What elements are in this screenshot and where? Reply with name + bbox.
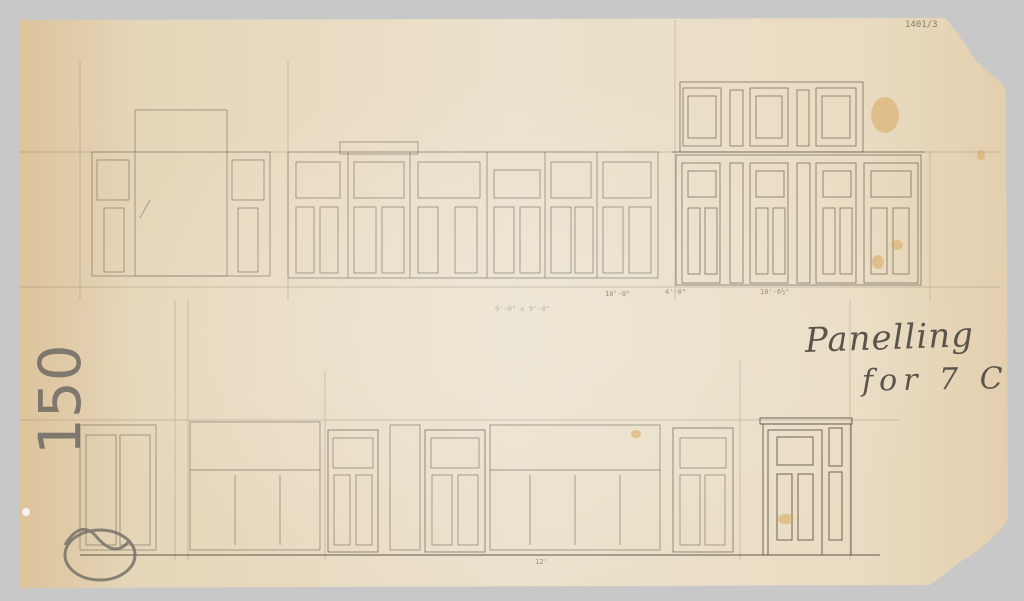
dimension-note: 4'-0" [665,288,686,296]
drawing-title-line2: for 7 C D [862,360,1024,398]
punch-hole [22,508,30,516]
dimension-note: 12' [535,558,548,566]
drawing-title-line1: Panelling [804,315,974,361]
catalog-number: 150 [26,344,94,455]
dimension-note: 9'-0" x 9'-0" [495,305,550,313]
dimension-note: 10'-6½" [760,288,790,296]
accession-mark: 1401/3 [905,20,938,30]
dimension-note: 10'-0" [605,290,630,298]
drawing-sheet [0,0,1024,601]
